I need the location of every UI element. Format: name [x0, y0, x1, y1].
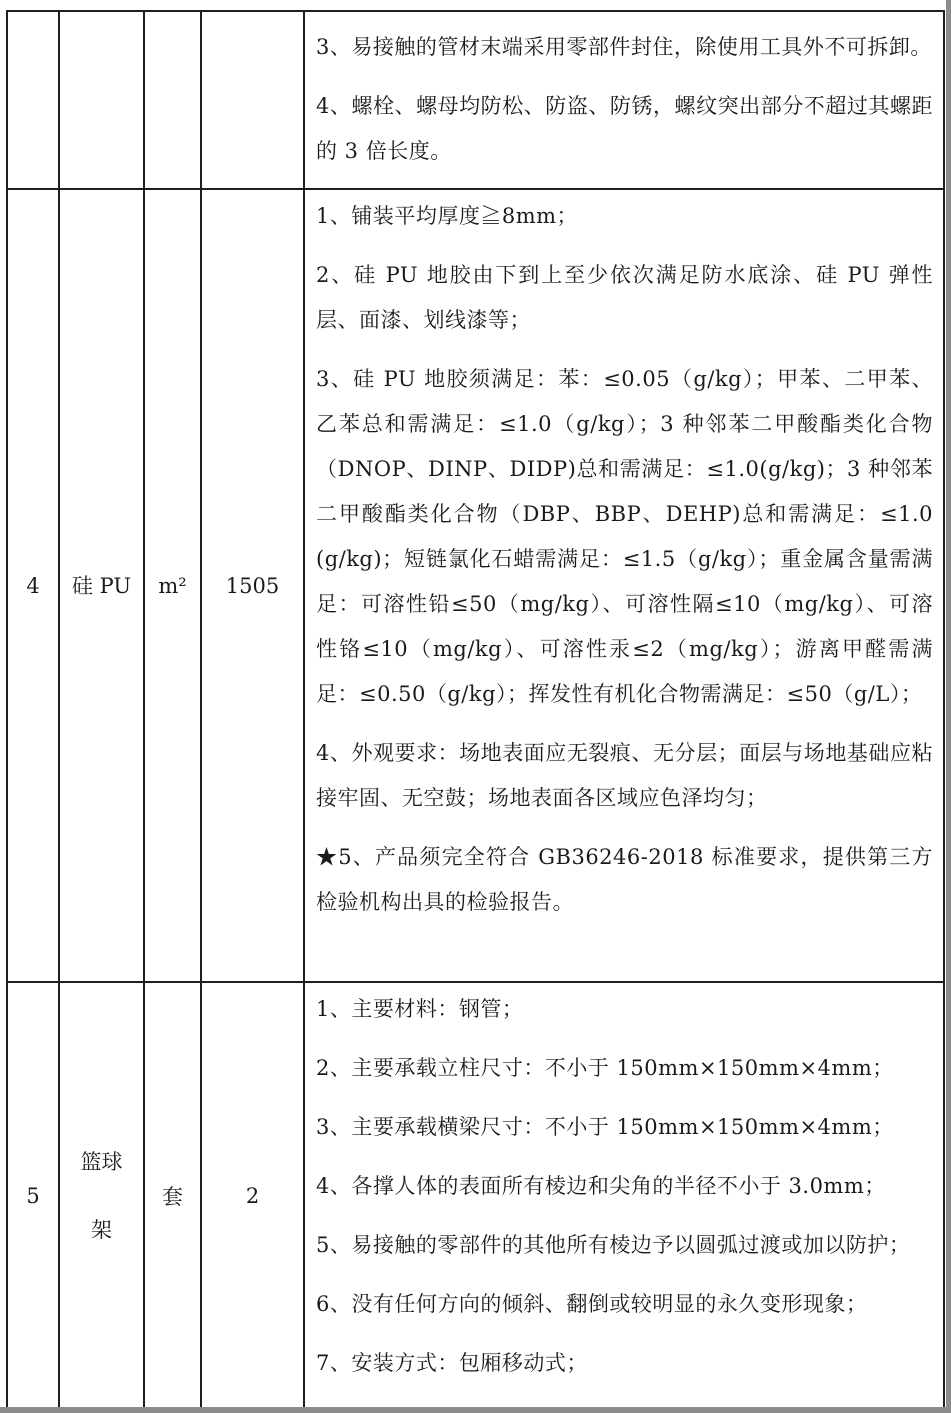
spec-paragraph: 2、硅 PU 地胶由下到上至少依次满足防水底涂、硅 PU 弹性层、面漆、划线漆等…	[316, 253, 933, 343]
spec-paragraph: 7、安装方式：包厢移动式；	[316, 1341, 933, 1386]
qty-cell: 2	[201, 982, 304, 1410]
table-row-continuation: 3、易接触的管材末端采用零部件封住，除使用工具外不可拆卸。 4、螺栓、螺母均防松…	[7, 11, 944, 189]
spec-paragraph: 3、硅 PU 地胶须满足：苯：≤0.05（g/kg）；甲苯、二甲苯、乙苯总和需满…	[316, 357, 933, 717]
spec-paragraph: 4、各撑人体的表面所有棱边和尖角的半径不小于 3.0mm；	[316, 1164, 933, 1209]
spec-cell: 1、主要材料：钢管； 2、主要承载立柱尺寸：不小于 150mm×150mm×4m…	[304, 982, 944, 1410]
seq-cell: 4	[7, 189, 59, 982]
spec-cell: 1、铺装平均厚度≧8mm； 2、硅 PU 地胶由下到上至少依次满足防水底涂、硅 …	[304, 189, 944, 982]
spec-paragraph: 4、外观要求：场地表面应无裂痕、无分层；面层与场地基础应粘接牢固、无空鼓；场地表…	[316, 731, 933, 821]
spec-paragraph: 1、主要材料：钢管；	[316, 987, 933, 1032]
spec-paragraph: 1、铺装平均厚度≧8mm；	[316, 194, 933, 239]
table-row-basketball-stand: 5 篮球 架 套 2 1、主要材料：钢管； 2、主要承载立柱尺寸：不小于 150…	[7, 982, 944, 1410]
spec-table-body: 3、易接触的管材末端采用零部件封住，除使用工具外不可拆卸。 4、螺栓、螺母均防松…	[7, 11, 944, 1410]
spec-paragraph-starred: ★5、产品须完全符合 GB36246-2018 标准要求，提供第三方检验机构出具…	[316, 835, 933, 925]
spec-paragraph: 2、主要承载立柱尺寸：不小于 150mm×150mm×4mm；	[316, 1046, 933, 1091]
seq-cell: 5	[7, 982, 59, 1410]
qty-cell: 1505	[201, 189, 304, 982]
document-page: 3、易接触的管材末端采用零部件封住，除使用工具外不可拆卸。 4、螺栓、螺母均防松…	[0, 0, 951, 1413]
unit-cell: m²	[144, 189, 201, 982]
page-edge-shadow-right	[946, 0, 951, 1413]
name-cell: 篮球 架	[59, 982, 144, 1410]
unit-cell	[144, 11, 201, 189]
spec-paragraph: 3、易接触的管材末端采用零部件封住，除使用工具外不可拆卸。	[316, 25, 933, 70]
name-cell	[59, 11, 144, 189]
unit-cell: 套	[144, 982, 201, 1410]
spec-paragraph: 4、螺栓、螺母均防松、防盗、防锈，螺纹突出部分不超过其螺距的 3 倍长度。	[316, 84, 933, 174]
name-cell: 硅 PU	[59, 189, 144, 982]
qty-cell	[201, 11, 304, 189]
spec-paragraph: 5、易接触的零部件的其他所有棱边予以圆弧过渡或加以防护；	[316, 1223, 933, 1268]
spec-paragraph: 3、主要承载横梁尺寸：不小于 150mm×150mm×4mm；	[316, 1105, 933, 1150]
table-row-gui-pu: 4 硅 PU m² 1505 1、铺装平均厚度≧8mm； 2、硅 PU 地胶由下…	[7, 189, 944, 982]
seq-cell	[7, 11, 59, 189]
spec-cell: 3、易接触的管材末端采用零部件封住，除使用工具外不可拆卸。 4、螺栓、螺母均防松…	[304, 11, 944, 189]
spec-table: 3、易接触的管材末端采用零部件封住，除使用工具外不可拆卸。 4、螺栓、螺母均防松…	[6, 10, 945, 1411]
spec-paragraph: 6、没有任何方向的倾斜、翻倒或较明显的永久变形现象；	[316, 1282, 933, 1327]
page-edge-shadow-bottom	[0, 1407, 951, 1413]
